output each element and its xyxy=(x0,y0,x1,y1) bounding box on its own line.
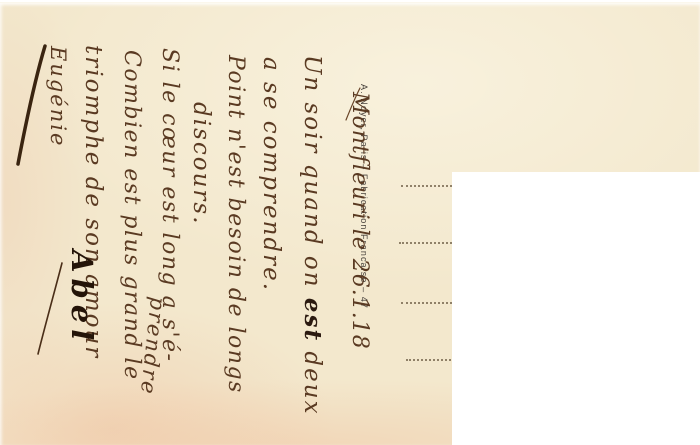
date-flourish-stroke xyxy=(346,88,360,120)
missing-corner-patch xyxy=(452,172,700,445)
postcard-scan: A. Noyer, Paris – Fabrication Francaise … xyxy=(0,0,700,445)
abel-underline-stroke xyxy=(38,263,62,354)
eugenie-flourish-stroke xyxy=(18,46,45,164)
